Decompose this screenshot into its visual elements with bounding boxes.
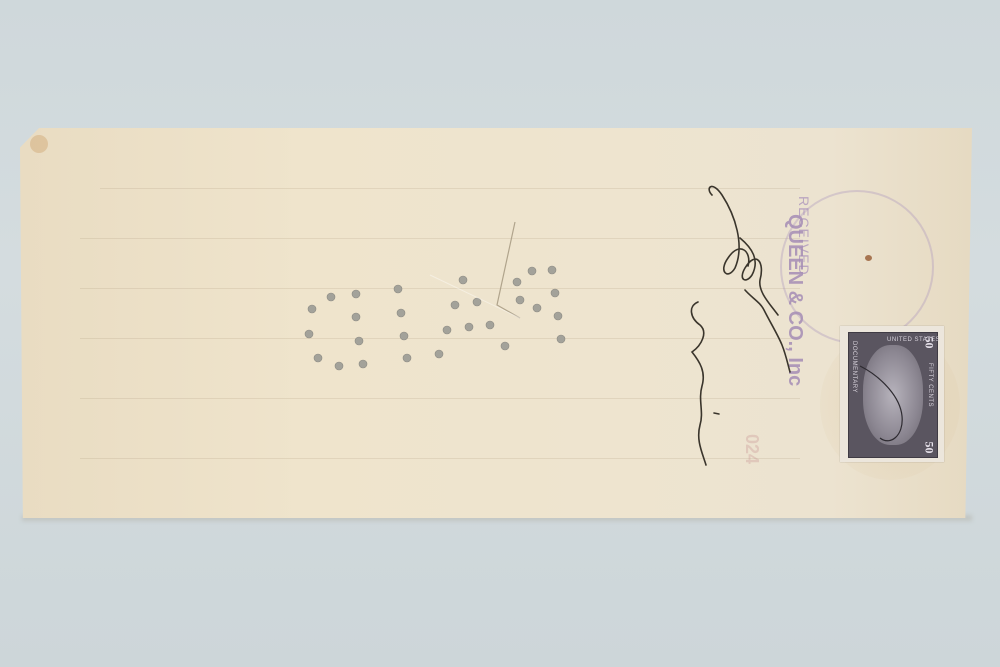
faded-check-number: 024 (741, 434, 762, 464)
revenue-stamp: 50 50 DOCUMENTARY FIFTY CENTS UNITED STA… (840, 326, 944, 462)
cancellation-mark (840, 326, 944, 462)
